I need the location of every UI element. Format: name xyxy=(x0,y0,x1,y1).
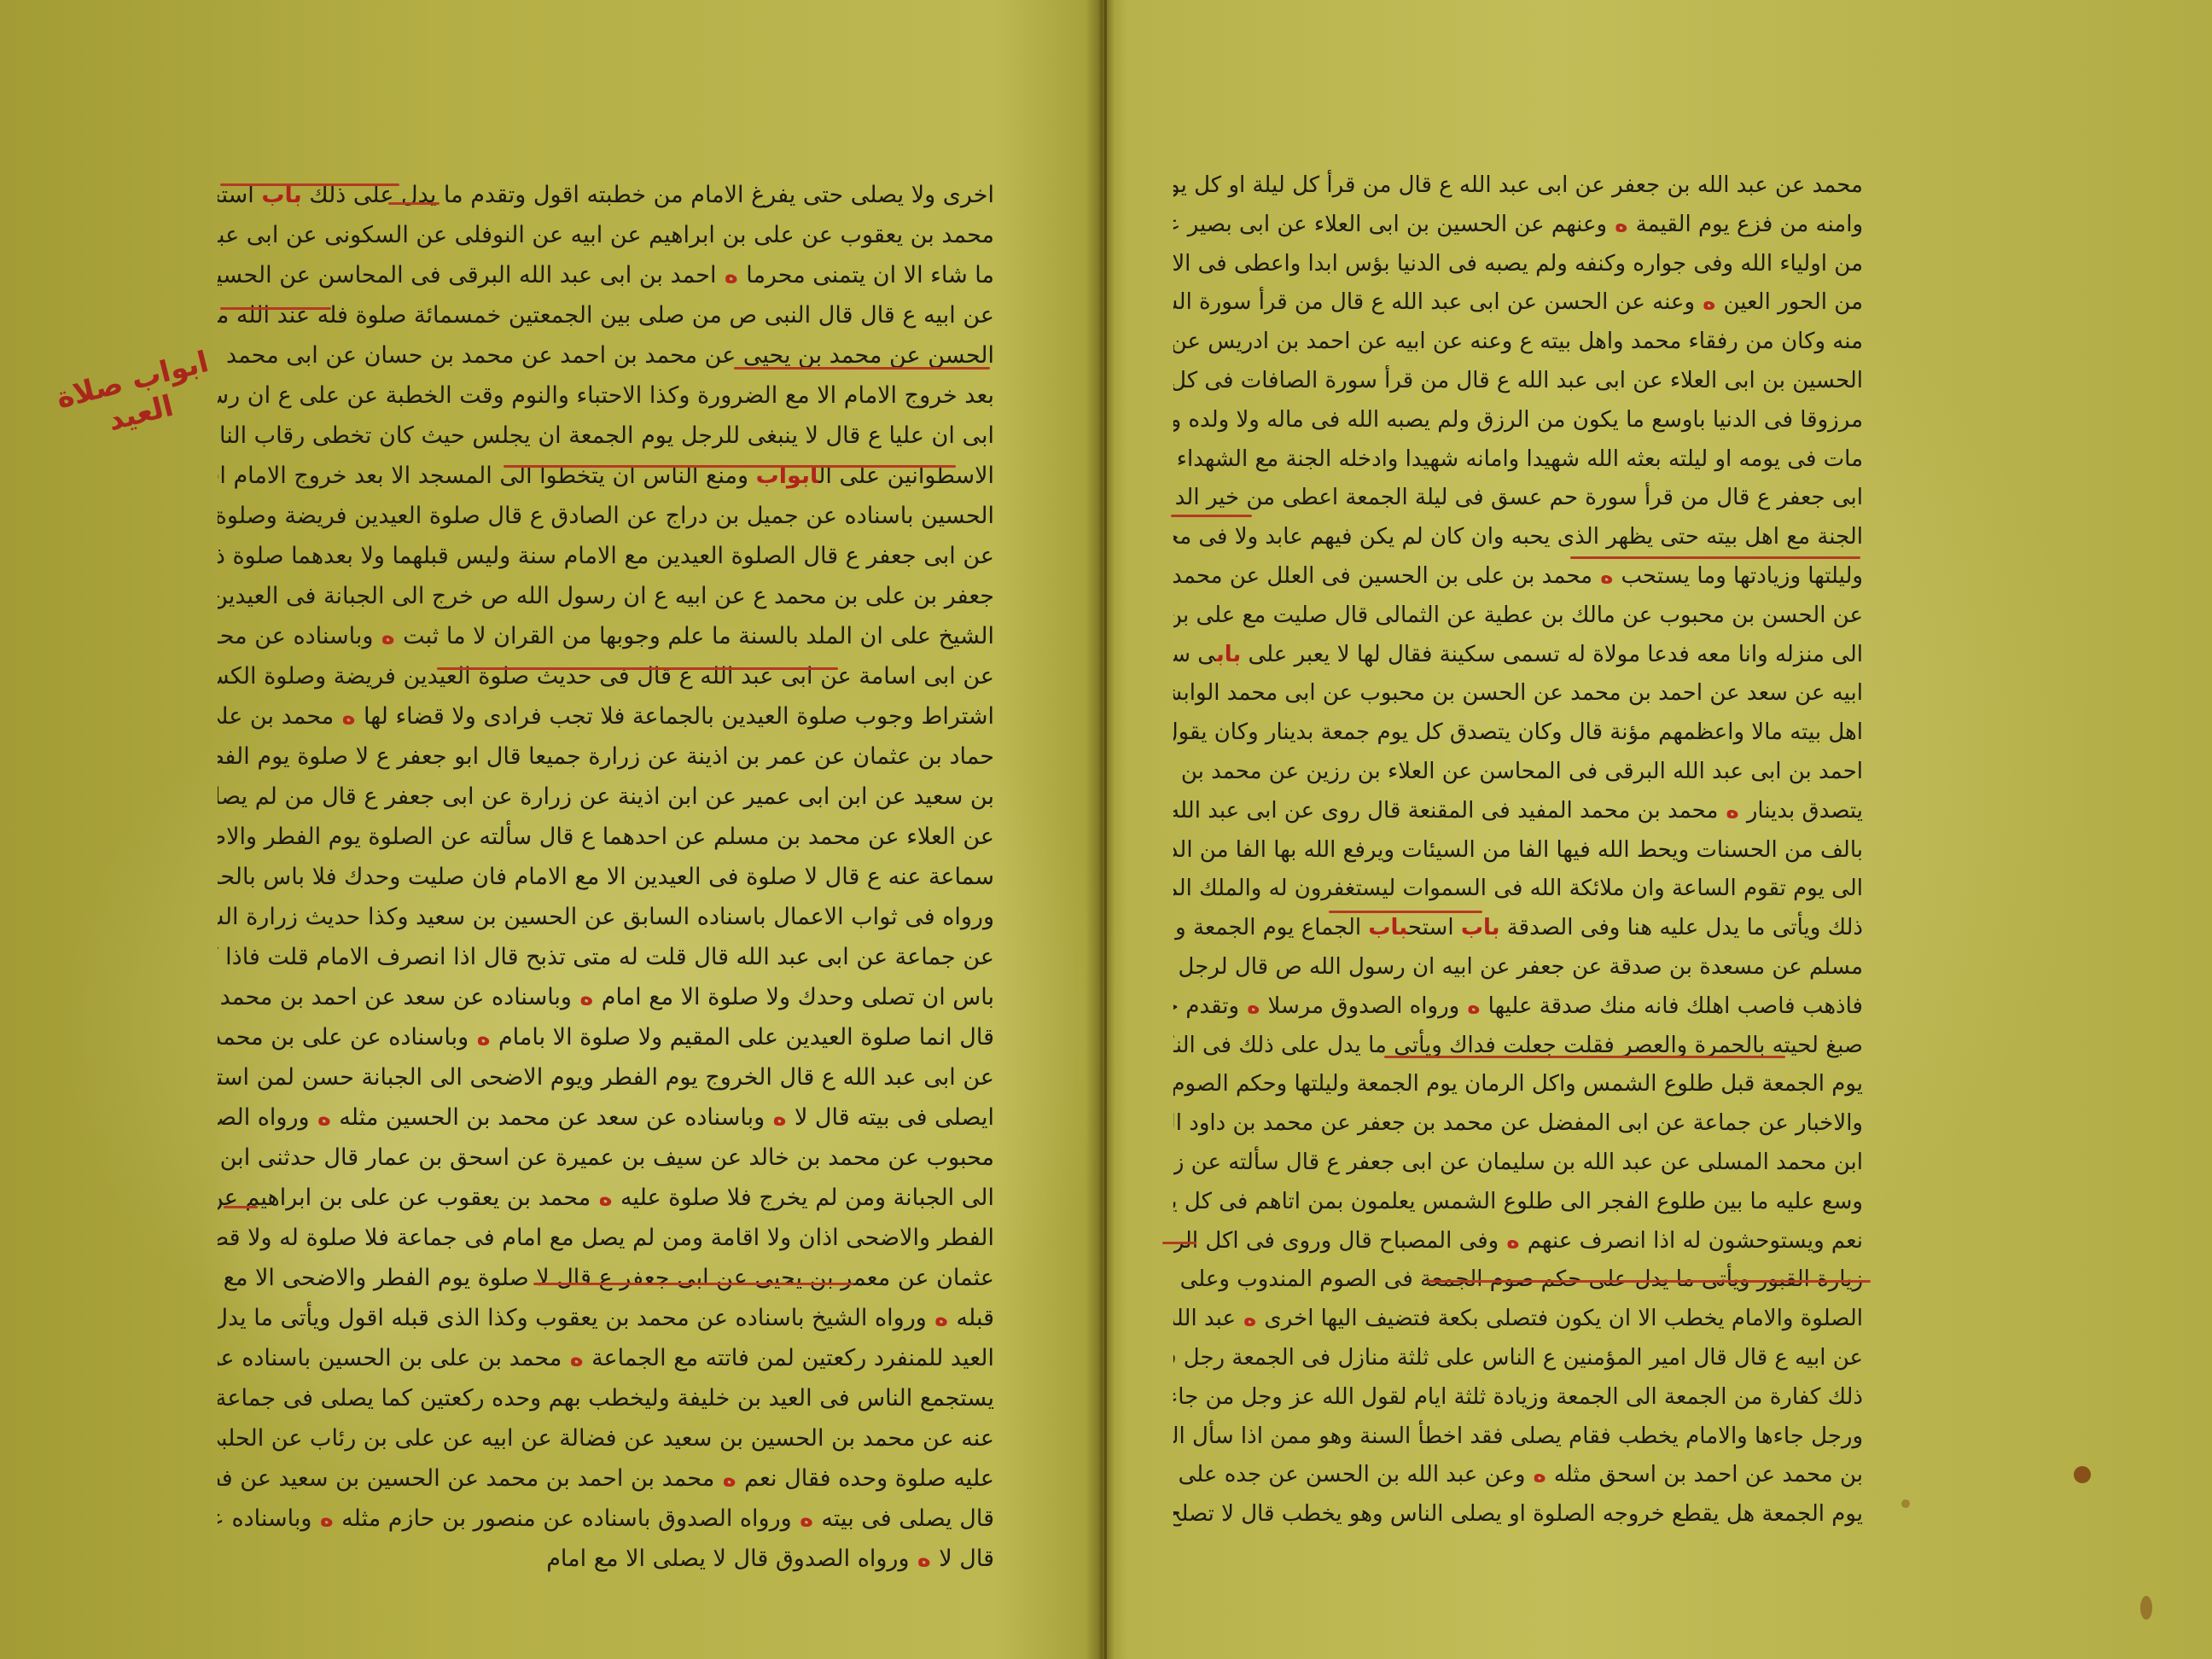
rubric-underline xyxy=(533,1283,853,1285)
manuscript-line: الى الجبانة ومن لم يخرج فلا صلوة عليه ه … xyxy=(218,1178,994,1218)
line-text: الصلوة والامام يخطب الا ان يكون فتصلى بك… xyxy=(1264,1306,1863,1331)
line-text: قال يصلى فى بيته xyxy=(821,1505,994,1532)
line-text: عن ابى جعفر ع قال الصلوة العيدين مع الام… xyxy=(218,543,994,569)
manuscript-line: مات فى يومه او ليلته بعثه الله شهيدا وام… xyxy=(1173,440,1863,480)
manuscript-line: قال انما صلوة العيدين على المقيم ولا صلو… xyxy=(218,1017,994,1057)
hadith-marker: ه xyxy=(591,1185,620,1211)
line-text: مات فى يومه او ليلته بعثه الله شهيدا وام… xyxy=(1173,446,1863,472)
chapter-rubric: باب xyxy=(1461,915,1500,940)
line-text: وليلتها وزيادتها وما يستحب xyxy=(1621,563,1863,589)
line-text: ذلك ويأتى ما يدل عليه هنا وفى الصدقة xyxy=(1499,915,1863,940)
rubric-underline xyxy=(220,183,399,186)
rubric-underline xyxy=(220,307,331,310)
book-gutter xyxy=(1086,0,1115,1659)
line-text: مسلم عن مسعدة بن صدقة عن جعفر عن ابيه ان… xyxy=(1173,954,1863,980)
hadith-marker: ه xyxy=(714,1465,744,1492)
manuscript-line: يتصدق بدينار ه محمد بن محمد المفيد فى ال… xyxy=(1173,792,1863,831)
hadith-marker: ه xyxy=(927,1305,957,1331)
rubric-underline xyxy=(1162,1242,1196,1244)
ink-stain xyxy=(2140,1596,2152,1620)
manuscript-line: الحسين باسناده عن جميل بن دراج عن الصادق… xyxy=(218,496,994,536)
line-text: وتقدم حديث ابى بصير قال دخلت على ابى عبد… xyxy=(1173,993,1239,1019)
hadith-marker: ه xyxy=(311,1505,341,1532)
line-text: العيد للمنفرد ركعتين لمن فاتته مع الجماع… xyxy=(591,1345,994,1371)
line-text: يستجمع الناس فى العيد بن خليفة وليخطب به… xyxy=(218,1385,994,1412)
line-text: الشيخ على ان الملد بالسنة ما علم وجوبها … xyxy=(403,623,994,649)
manuscript-line: بن محمد عن احمد بن اسحق مثله ه وعن عبد ا… xyxy=(1173,1456,1863,1495)
manuscript-line: عن ابى جعفر ع قال الصلوة العيدين مع الام… xyxy=(218,536,994,576)
line-text: يوم الجمعة قبل طلوع الشمس واكل الرمان يو… xyxy=(1173,1071,1863,1097)
manuscript-line: وامنه من فزع يوم القيمة ه وعنهم عن الحسي… xyxy=(1173,206,1863,245)
manuscript-line: اهل بيته مالا واعظمهم مؤنة قال وكان يتصد… xyxy=(1173,713,1863,753)
line-text: باس ان تصلى وحدك ولا صلوة الا مع امام xyxy=(602,984,994,1010)
manuscript-line: قال لا ه ورواه الصدوق قال لا يصلى الا مع… xyxy=(218,1539,994,1579)
line-text: محمد بن يعقوب عن على بن ابراهيم عن ابيه … xyxy=(218,222,994,248)
manuscript-line: منه وكان من رفقاء محمد واهل بيته ع وعنه … xyxy=(1173,323,1863,362)
manuscript-line: عن العلاء عن محمد بن مسلم عن احدهما ع قا… xyxy=(218,817,994,857)
rubric-underline xyxy=(388,202,439,205)
line-text: ما شاء الا ان يتمنى محرما xyxy=(746,262,994,288)
manuscript-line: مسلم عن مسعدة بن صدقة عن جعفر عن ابيه ان… xyxy=(1173,948,1863,987)
line-text: عبد الله بن جعفر فى قرب الاسناد عن احمد … xyxy=(1173,1306,1236,1331)
hadith-marker: ه xyxy=(1459,993,1487,1019)
manuscript-line: ابيه عن سعد عن احمد بن محمد عن الحسن بن … xyxy=(1173,674,1863,713)
line-text: وعنهم عن الحسين بن ابى العلاء عن ابى بصي… xyxy=(1173,212,1607,237)
manuscript-line: العيد للمنفرد ركعتين لمن فاتته مع الجماع… xyxy=(218,1338,994,1378)
line-text: بالف من الحسنات ويحط الله فيها الفا من ا… xyxy=(1173,837,1863,863)
manuscript-line: اشتراط وجوب صلوة العيدين بالجماعة فلا تج… xyxy=(218,696,994,736)
line-text: ورواه الصدوق باسناده عن منصور بن حازم مث… xyxy=(341,1505,792,1532)
line-text: اهل بيته مالا واعظمهم مؤنة قال وكان يتصد… xyxy=(1173,719,1863,745)
manuscript-line: محمد عن عبد الله بن جعفر عن ابى عبد الله… xyxy=(1173,166,1863,206)
line-text: عن ابيه ع قال قال امير المؤمنين ع الناس … xyxy=(1173,1345,1863,1371)
line-text: ابى جعفر ع قال من قرأ سورة حم عسق فى ليل… xyxy=(1173,485,1863,510)
manuscript-line: مرزوقا فى الدنيا باوسع ما يكون من الرزق … xyxy=(1173,401,1863,440)
line-text: محبوب عن محمد بن خالد عن سيف بن عميرة عن… xyxy=(218,1144,994,1171)
line-text: مرزوقا فى الدنيا باوسع ما يكون من الرزق … xyxy=(1173,407,1863,433)
line-text: عن ابيه ع قال قال النبى ص من صلى بين الج… xyxy=(218,302,994,329)
line-text: محمد بن على بن الحسين باسناده عن الحسين … xyxy=(218,703,334,730)
line-text: يتصدق بدينار xyxy=(1747,798,1863,824)
manuscript-line: عن ابى عبد الله ع قال الخروج يوم الفطر و… xyxy=(218,1057,994,1097)
hadith-marker: ه xyxy=(310,1104,340,1131)
line-text: وعن عبد الله بن الحسن عن جده على بن جعفر… xyxy=(1173,1462,1525,1487)
line-text: منه وكان من رفقاء محمد واهل بيته ع وعنه … xyxy=(1173,329,1863,354)
manuscript-line: والاخبار عن جماعة عن ابى المفضل عن محمد … xyxy=(1173,1104,1863,1144)
gutter-fold-line xyxy=(1104,0,1107,1659)
manuscript-line: الجنة مع اهل بيته حتى يظهر الذى يحبه وان… xyxy=(1173,518,1863,557)
manuscript-line: جعفر بن على بن محمد ع عن ابيه ع ان رسول … xyxy=(218,576,994,616)
manuscript-line: ابى جعفر ع قال من قرأ سورة حم عسق فى ليل… xyxy=(1173,479,1863,518)
manuscript-line: يوم الجمعة هل يقطع خروجه الصلوة او يصلى … xyxy=(1173,1495,1863,1534)
line-text: عليه صلوة وحده فقال نعم xyxy=(744,1465,994,1492)
rubric-underline xyxy=(734,367,990,370)
manuscript-line: عن جماعة عن ابى عبد الله قال قلت له متى … xyxy=(218,937,994,977)
manuscript-line: ذلك كفارة من الجمعة الى الجمعة وزيادة ثل… xyxy=(1173,1378,1863,1417)
hadith-marker: ه xyxy=(1718,798,1746,824)
manuscript-line: الشيخ على ان الملد بالسنة ما علم وجوبها … xyxy=(218,616,994,656)
line-text: احمد بن ابى عبد الله البرقى فى المحاسن ع… xyxy=(218,262,716,288)
manuscript-line: الى منزله وانا معه فدعا مولاة له تسمى سك… xyxy=(1173,636,1863,675)
manuscript-line: بن سعيد عن ابن ابى عمير عن ابن اذينة عن … xyxy=(218,777,994,817)
manuscript-line: صبغ لحيته بالحمرة والعصر فقلت جعلت فداك … xyxy=(1173,1027,1863,1066)
line-text: ورواه الصدوق مرسلا xyxy=(1268,993,1460,1019)
line-text: وفى المصباح قال وروى فى اكل الرمان فى يو… xyxy=(1173,1228,1499,1254)
line-text: حماد بن عثمان عن عمر بن اذينة عن زرارة ج… xyxy=(218,743,994,770)
line-text: فاذهب فاصب اهلك فانه منك صدقة عليها xyxy=(1488,993,1863,1019)
line-text: محمد بن محمد المفيد فى المقنعة قال روى ع… xyxy=(1173,798,1718,824)
manuscript-line: ورواه فى ثواب الاعمال باسناده السابق عن … xyxy=(218,897,994,937)
manuscript-line: الى يوم تقوم الساعة وان ملائكة الله فى ا… xyxy=(1173,870,1863,909)
line-text: محمد بن احمد بن محمد عن الحسين بن سعيد ع… xyxy=(218,1465,714,1492)
hadith-marker: ه xyxy=(1525,1462,1553,1487)
rubric-underline xyxy=(1384,1056,1785,1058)
line-text: الفطر والاضحى اذان ولا اقامة ومن لم يصل … xyxy=(218,1225,994,1251)
manuscript-line: الصلوة والامام يخطب الا ان يكون فتصلى بك… xyxy=(1173,1300,1863,1339)
line-text: ذلك كفارة من الجمعة الى الجمعة وزيادة ثل… xyxy=(1173,1384,1863,1410)
line-text: محمد بن على بن الحسين فى العلل عن محمد ب… xyxy=(1173,563,1592,589)
line-text: وباسناده عن سعد عن محمد بن الحسين مثله xyxy=(339,1104,765,1131)
manuscript-line: الاسطوانين على الابواب ومنع الناس ان يتخ… xyxy=(218,456,994,496)
manuscript-line: من الحور العين ه وعنه عن الحسن عن ابى عب… xyxy=(1173,283,1863,323)
hadith-marker: ه xyxy=(765,1104,795,1131)
line-text: وسع عليه ما بين طلوع الفجر الى طلوع الشم… xyxy=(1173,1189,1863,1214)
manuscript-line: وليلتها وزيادتها وما يستحب ه محمد بن على… xyxy=(1173,557,1863,597)
line-text: عن جماعة عن ابى عبد الله قال قلت له متى … xyxy=(218,944,994,970)
hadith-marker: ه xyxy=(716,262,746,288)
line-text: عنه عن محمد بن الحسين بن سعيد عن فضالة ع… xyxy=(218,1425,994,1452)
manuscript-line: قال يصلى فى بيته ه ورواه الصدوق باسناده … xyxy=(218,1499,994,1539)
line-text: نعم ويستوحشون له اذا انصرف عنهم xyxy=(1528,1228,1863,1254)
line-text: من اولياء الله وفى جواره وكنفه ولم يصبه … xyxy=(1173,251,1863,276)
line-text: الحسين بن ابى العلاء عن ابى عبد الله ع ق… xyxy=(1173,368,1863,393)
line-text: الحسن عن محمد بن يحيى عن محمد بن احمد عن… xyxy=(218,342,994,369)
hadith-marker: ه xyxy=(1239,993,1267,1019)
line-text: وباسناده عن على بن محمد بن محبوب عن الحس… xyxy=(218,1024,469,1051)
line-text: بن محمد عن احمد بن اسحق مثله xyxy=(1554,1462,1863,1487)
line-text: محمد بن يعقوب عن على بن ابراهيم عن ابيه … xyxy=(218,1185,591,1211)
line-text: ورواه الصدوق قال لا يصلى الا مع امام xyxy=(546,1545,909,1572)
manuscript-line: يوم الجمعة قبل طلوع الشمس واكل الرمان يو… xyxy=(1173,1065,1863,1104)
hadith-marker: ه xyxy=(1607,212,1635,237)
line-text: ورواه الشيخ باسناده عن محمد بن يعقوب وكذ… xyxy=(218,1305,927,1331)
hadith-marker: ه xyxy=(469,1024,498,1051)
line-text: سماعة عنه ع قال لا صلوة فى العيدين الا م… xyxy=(218,864,994,890)
hadith-marker: ه xyxy=(334,703,364,730)
line-text: وامنه من فزع يوم القيمة xyxy=(1636,212,1863,237)
manuscript-line: الحسين بن ابى العلاء عن ابى عبد الله ع ق… xyxy=(1173,362,1863,401)
manuscript-line: عنه عن محمد بن الحسين بن سعيد عن فضالة ع… xyxy=(218,1418,994,1458)
manuscript-line: عن ابى اسامة عن ابى عبد الله ع قال فى حد… xyxy=(218,656,994,696)
line-text: عثمان عن معمر بن يحيى عن ابى جعفر ع قال … xyxy=(218,1265,994,1291)
hadith-marker: ه xyxy=(572,984,602,1010)
line-text: قال لا xyxy=(939,1545,994,1572)
manuscript-line: قبله ه ورواه الشيخ باسناده عن محمد بن يع… xyxy=(218,1298,994,1338)
line-text: عن الحسن بن محبوب عن مالك بن عطية عن الث… xyxy=(1173,602,1863,628)
line-text: يوم الجمعة هل يقطع خروجه الصلوة او يصلى … xyxy=(1173,1501,1863,1527)
line-text: بعد خروج الامام الا مع الضرورة وكذا الاح… xyxy=(218,382,994,409)
line-text: من الحور العين xyxy=(1724,289,1864,315)
hadith-marker: ه xyxy=(562,1345,591,1371)
line-text: عن ابى عبد الله ع قال الخروج يوم الفطر و… xyxy=(218,1064,994,1091)
line-text: الى منزله وانا معه فدعا مولاة له تسمى سك… xyxy=(1241,642,1863,667)
line-text: بن سعيد عن ابن ابى عمير عن ابن اذينة عن … xyxy=(218,783,994,810)
line-text: وباسناده عن الوليد عن يونس بن يعقوب عن م… xyxy=(218,1505,311,1532)
hadith-marker: ه xyxy=(1695,289,1723,315)
line-text: الجنة مع اهل بيته حتى يظهر الذى يحبه وان… xyxy=(1173,524,1863,550)
ink-stain xyxy=(2074,1466,2091,1483)
line-text: ورواه فى ثواب الاعمال باسناده السابق عن … xyxy=(218,904,994,930)
rubric-underline xyxy=(224,1206,258,1208)
manuscript-line: محبوب عن محمد بن خالد عن سيف بن عميرة عن… xyxy=(218,1138,994,1178)
manuscript-line: باس ان تصلى وحدك ولا صلوة الا مع امام ه … xyxy=(218,977,994,1017)
hadith-marker: ه xyxy=(910,1545,940,1572)
rubric-underline xyxy=(1427,1280,1871,1283)
hadith-marker: ه xyxy=(1499,1228,1527,1254)
manuscript-line: اخرى ولا يصلى حتى يفرغ الامام من خطبته ا… xyxy=(218,175,994,215)
hadith-marker: ه xyxy=(373,623,403,649)
manuscript-line: ابن محمد المسلى عن عبد الله بن سليمان عن… xyxy=(1173,1144,1863,1183)
manuscript-line: ما شاء الا ان يتمنى محرما ه احمد بن ابى … xyxy=(218,255,994,295)
line-text: وعنه عن الحسن عن ابى عبد الله ع قال من ق… xyxy=(1173,289,1695,315)
hadith-marker: ه xyxy=(792,1505,822,1532)
rubric-underline xyxy=(1171,515,1252,517)
line-text: محمد عن عبد الله بن جعفر عن ابى عبد الله… xyxy=(1173,172,1863,198)
line-text: قال انما صلوة العيدين على المقيم ولا صلو… xyxy=(498,1024,994,1051)
ink-stain xyxy=(1901,1499,1910,1508)
line-text: استح xyxy=(1408,915,1461,940)
manuscript-line: ابى ان عليا ع قال لا ينبغى للرجل يوم الج… xyxy=(218,416,994,456)
rubric-underline xyxy=(1570,556,1860,559)
line-text: عن العلاء عن محمد بن مسلم عن احدهما ع قا… xyxy=(218,824,994,850)
hadith-marker: ه xyxy=(1592,563,1621,589)
line-text: وباسناده عن محمد بن احمد بن يحيى عن محمد… xyxy=(218,623,373,649)
chapter-rubric: باب xyxy=(1368,915,1408,940)
line-text: صبغ لحيته بالحمرة والعصر فقلت جعلت فداك … xyxy=(1173,1033,1863,1058)
line-text: ابن محمد المسلى عن عبد الله بن سليمان عن… xyxy=(1173,1150,1863,1175)
left-text-block: اخرى ولا يصلى حتى يفرغ الامام من خطبته ا… xyxy=(218,175,994,1579)
manuscript-line: عن الحسن بن محبوب عن مالك بن عطية عن الث… xyxy=(1173,597,1863,636)
manuscript-line: عليه صلوة وحده فقال نعم ه محمد بن احمد ب… xyxy=(218,1458,994,1499)
rubric-underline xyxy=(437,667,838,670)
hadith-marker: ه xyxy=(1236,1306,1264,1331)
line-text: وباسناده عن سعد عن احمد بن محمد عن الحسي… xyxy=(218,984,572,1010)
line-text: الى يوم تقوم الساعة وان ملائكة الله فى ا… xyxy=(1173,876,1863,901)
manuscript-line: حماد بن عثمان عن عمر بن اذينة عن زرارة ج… xyxy=(218,736,994,777)
manuscript-line: بعد خروج الامام الا مع الضرورة وكذا الاح… xyxy=(218,375,994,416)
line-text: ايصلى فى بيته قال لا xyxy=(795,1104,994,1131)
right-text-block: محمد عن عبد الله بن جعفر عن ابى عبد الله… xyxy=(1173,166,1863,1534)
line-text: قبله xyxy=(957,1305,994,1331)
line-text: ابيه عن سعد عن احمد بن محمد عن الحسن بن … xyxy=(1173,680,1863,706)
line-text: الجماع يوم الجمعة وليلتها xyxy=(1173,915,1368,940)
chapter-rubric: باب xyxy=(1216,642,1241,667)
manuscript-spread: ابواب صلاة العيد اخرى ولا يصلى حتى يفرغ … xyxy=(0,0,2212,1659)
line-text: والاخبار عن جماعة عن ابى المفضل عن محمد … xyxy=(1173,1110,1863,1136)
manuscript-line: احمد بن ابى عبد الله البرقى فى المحاسن ع… xyxy=(1173,753,1863,792)
manuscript-line: عن ابيه ع قال قال النبى ص من صلى بين الج… xyxy=(218,295,994,335)
manuscript-line: فاذهب فاصب اهلك فانه منك صدقة عليها ه ور… xyxy=(1173,987,1863,1027)
manuscript-line: ورجل جاءها والامام يخطب فقام يصلى فقد اخ… xyxy=(1173,1417,1863,1457)
line-text: احمد بن ابى عبد الله البرقى فى المحاسن ع… xyxy=(1173,759,1863,784)
line-text: ورواه الصدوق باسناده عن هرون بن حمزة الغ… xyxy=(218,1104,310,1131)
line-text: ابى ان عليا ع قال لا ينبغى للرجل يوم الج… xyxy=(218,422,994,449)
manuscript-line: نعم ويستوحشون له اذا انصرف عنهم ه وفى ال… xyxy=(1173,1222,1863,1261)
manuscript-line: وسع عليه ما بين طلوع الفجر الى طلوع الشم… xyxy=(1173,1183,1863,1222)
line-text: جعفر بن على بن محمد ع عن ابيه ع ان رسول … xyxy=(218,583,994,609)
line-text: اشتراط وجوب صلوة العيدين بالجماعة فلا تج… xyxy=(364,703,994,730)
manuscript-line: من اولياء الله وفى جواره وكنفه ولم يصبه … xyxy=(1173,245,1863,284)
line-text: ى سائل الا اطعمتموه فان اليوم يوم الجمعة… xyxy=(1173,642,1216,667)
line-text: ورجل جاءها والامام يخطب فقام يصلى فقد اخ… xyxy=(1173,1423,1863,1449)
manuscript-line: يستجمع الناس فى العيد بن خليفة وليخطب به… xyxy=(218,1378,994,1418)
manuscript-line: عثمان عن معمر بن يحيى عن ابى جعفر ع قال … xyxy=(218,1258,994,1298)
manuscript-line: ذلك ويأتى ما يدل عليه هنا وفى الصدقة باب… xyxy=(1173,909,1863,948)
manuscript-line: بالف من الحسنات ويحط الله فيها الفا من ا… xyxy=(1173,831,1863,870)
rubric-underline xyxy=(504,465,956,468)
manuscript-line: محمد بن يعقوب عن على بن ابراهيم عن ابيه … xyxy=(218,215,994,255)
manuscript-line: سماعة عنه ع قال لا صلوة فى العيدين الا م… xyxy=(218,857,994,897)
line-text: الى الجبانة ومن لم يخرج فلا صلوة عليه xyxy=(620,1185,994,1211)
line-text: الحسين باسناده عن جميل بن دراج عن الصادق… xyxy=(218,503,994,529)
manuscript-line: الفطر والاضحى اذان ولا اقامة ومن لم يصل … xyxy=(218,1218,994,1258)
manuscript-line: عن ابيه ع قال قال امير المؤمنين ع الناس … xyxy=(1173,1339,1863,1378)
manuscript-line: ايصلى فى بيته قال لا ه وباسناده عن سعد ع… xyxy=(218,1097,994,1138)
rubric-underline xyxy=(1329,911,1482,913)
line-text: محمد بن على بن الحسين باسناده عن جعفر بن… xyxy=(218,1345,562,1371)
